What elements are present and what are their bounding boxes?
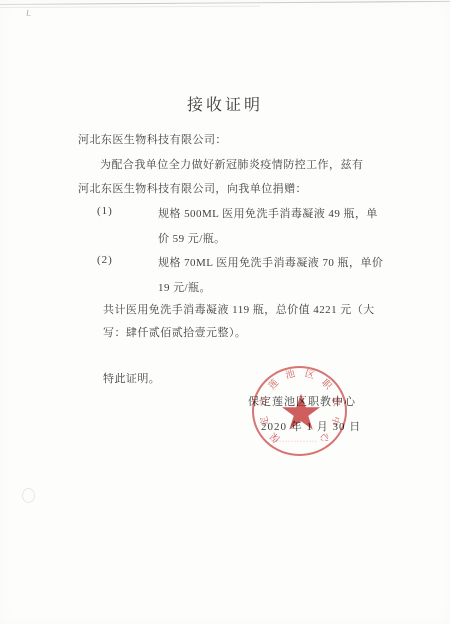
list-marker-1: (1) — [97, 205, 113, 217]
total-line: 共计医用免洗手消毒凝液 119 瓶，总价值 4221 元（大 — [103, 301, 375, 317]
scan-edge-line — [0, 1, 450, 6]
scan-edge-line-faint — [0, 6, 260, 8]
body-line: 河北东医生物科技有限公司，向我单位捐赠： — [78, 180, 307, 196]
body-line: 为配合我单位全力做好新冠肺炎疫情防控工作，兹有 — [100, 156, 363, 172]
total-line: 写：肆仟贰佰贰拾壹元整）。 — [103, 324, 246, 340]
list-item-2-line: 19 元/瓶。 — [158, 279, 211, 295]
list-item-1-line: 规格 500ML 医用免洗手消毒凝液 49 瓶，单 — [158, 205, 378, 221]
scan-speck — [27, 10, 32, 16]
closing-line: 特此证明。 — [103, 370, 160, 386]
list-item-1-line: 价 59 元/瓶。 — [158, 230, 226, 246]
list-marker-2: (2) — [97, 254, 113, 266]
document-title: 接收证明 — [0, 92, 450, 115]
salutation-line: 河北东医生物科技有限公司： — [78, 131, 227, 147]
scanned-document-page: 接收证明 河北东医生物科技有限公司： 为配合我单位全力做好新冠肺炎疫情防控工作，… — [0, 0, 450, 624]
list-item-2-line: 规格 70ML 医用免洗手消毒凝液 70 瓶，单价 — [158, 254, 383, 270]
official-seal: 保定市莲池区职教中心 ············· — [252, 364, 348, 456]
seal-code: ············· — [252, 439, 345, 445]
punch-hole-mark — [22, 488, 35, 503]
